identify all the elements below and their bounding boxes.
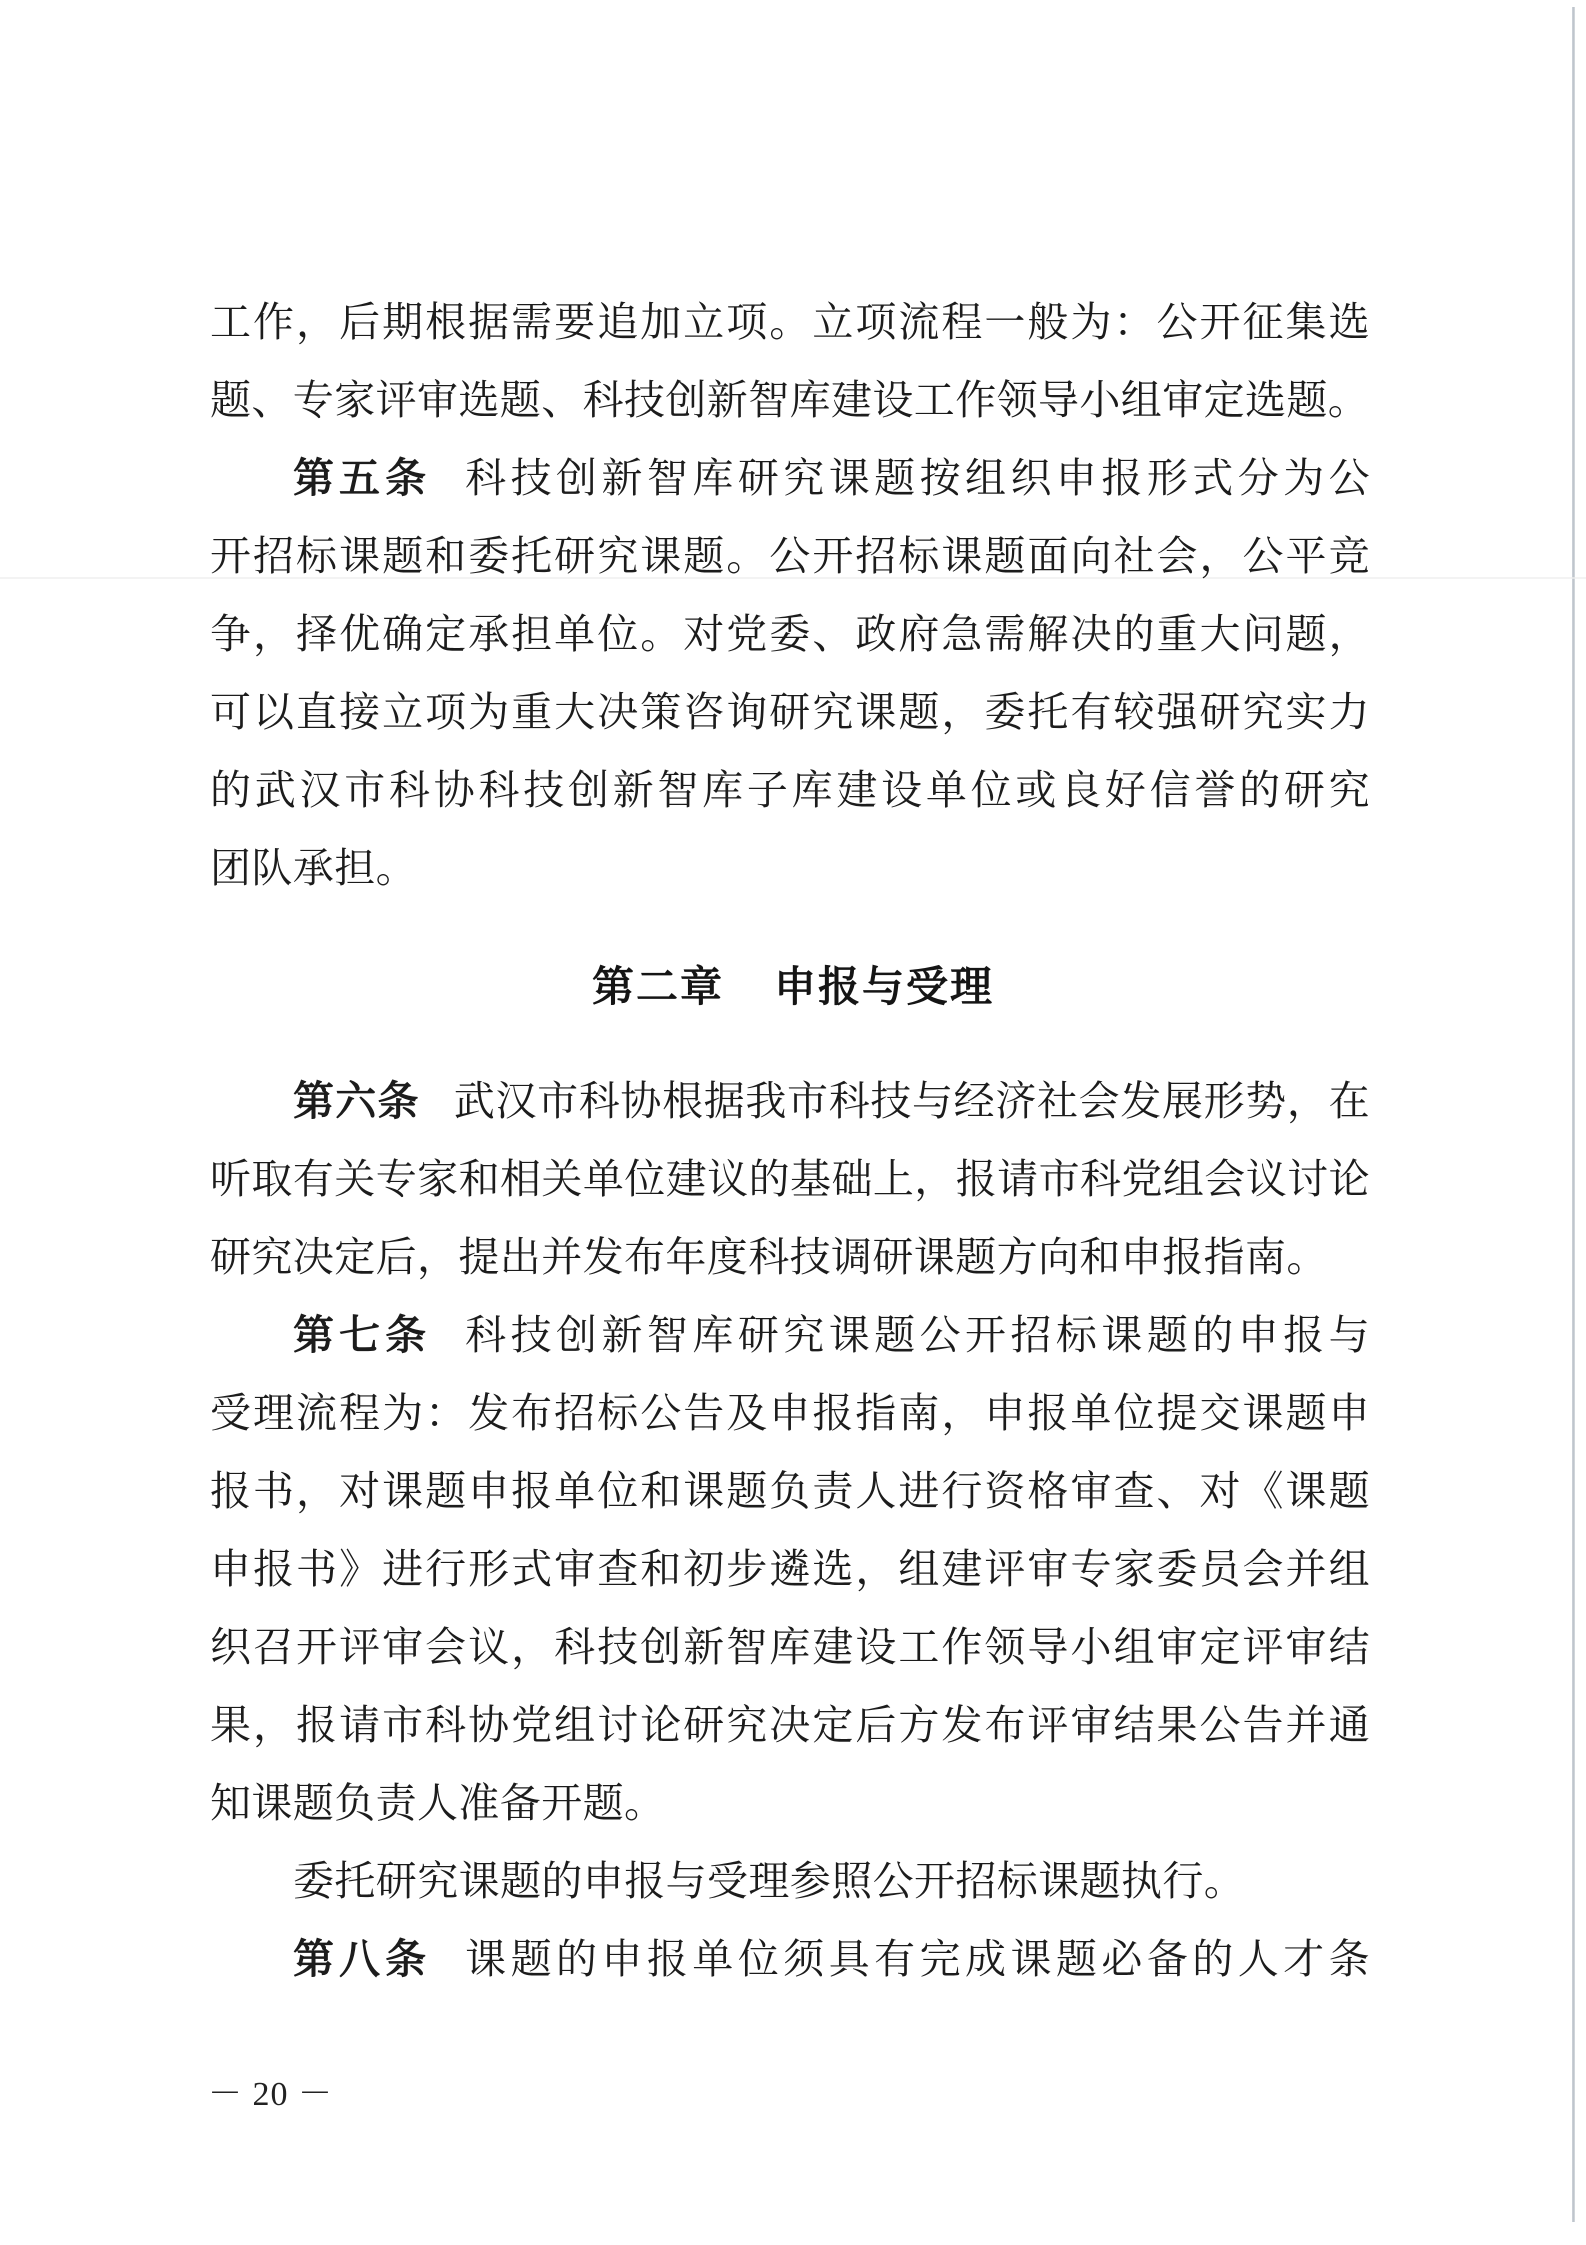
body-line: 工作，后期根据需要追加立项。立项流程一般为：公开征集选 bbox=[210, 294, 1370, 350]
article-7-line: 第七条科技创新智库研究课题公开招标课题的申报与 bbox=[293, 1307, 1370, 1363]
document-page: 工作，后期根据需要追加立项。立项流程一般为：公开征集选 题、专家评审选题、科技创… bbox=[0, 0, 1586, 2245]
article-6-line: 第六条武汉市科协根据我市科技与经济社会发展形势，在 bbox=[293, 1073, 1370, 1129]
article-text: 科技创新智库研究课题公开招标课题的申报与 bbox=[465, 1311, 1370, 1359]
article-8-line: 第八条课题的申报单位须具有完成课题必备的人才条 bbox=[293, 1931, 1370, 1987]
body-line: 受理流程为：发布招标公告及申报指南，申报单位提交课题申 bbox=[210, 1385, 1370, 1441]
article-text: 武汉市科协根据我市科技与经济社会发展形势，在 bbox=[454, 1077, 1370, 1125]
article-label: 第七条 bbox=[293, 1311, 431, 1359]
body-line: 题、专家评审选题、科技创新智库建设工作领导小组审定选题。 bbox=[210, 372, 1370, 428]
scan-edge-line bbox=[1572, 7, 1575, 2222]
body-line: 开招标课题和委托研究课题。公开招标课题面向社会，公平竞 bbox=[210, 528, 1370, 584]
body-line: 争，择优确定承担单位。对党委、政府急需解决的重大问题， bbox=[210, 606, 1370, 662]
body-line: 团队承担。 bbox=[210, 840, 1370, 896]
chapter-heading: 第二章申报与受理 bbox=[0, 957, 1586, 1017]
page-number: － 20 － bbox=[208, 2070, 333, 2120]
body-line: 委托研究课题的申报与受理参照公开招标课题执行。 bbox=[293, 1853, 1370, 1909]
body-line: 织召开评审会议，科技创新智库建设工作领导小组审定评审结 bbox=[210, 1619, 1370, 1675]
body-line: 报书，对课题申报单位和课题负责人进行资格审查、对《课题 bbox=[210, 1463, 1370, 1519]
article-5-line: 第五条科技创新智库研究课题按组织申报形式分为公 bbox=[293, 450, 1370, 506]
article-label: 第八条 bbox=[293, 1935, 431, 1983]
article-label: 第六条 bbox=[293, 1077, 420, 1125]
body-line: 申报书》进行形式审查和初步遴选，组建评审专家委员会并组 bbox=[210, 1541, 1370, 1597]
body-line: 可以直接立项为重大决策咨询研究课题，委托有较强研究实力 bbox=[210, 684, 1370, 740]
chapter-title: 申报与受理 bbox=[774, 962, 994, 1011]
body-line: 听取有关专家和相关单位建议的基础上，报请市科党组会议讨论 bbox=[210, 1151, 1370, 1207]
body-line: 知课题负责人准备开题。 bbox=[210, 1775, 1370, 1831]
article-label: 第五条 bbox=[293, 454, 431, 502]
body-line: 的武汉市科协科技创新智库子库建设单位或良好信誉的研究 bbox=[210, 762, 1370, 818]
body-line: 果，报请市科协党组讨论研究决定后方发布评审结果公告并通 bbox=[210, 1697, 1370, 1753]
body-line: 研究决定后，提出并发布年度科技调研课题方向和申报指南。 bbox=[210, 1229, 1370, 1285]
article-text: 科技创新智库研究课题按组织申报形式分为公 bbox=[465, 454, 1370, 502]
chapter-number: 第二章 bbox=[592, 962, 724, 1011]
article-text: 课题的申报单位须具有完成课题必备的人才条 bbox=[465, 1935, 1370, 1983]
